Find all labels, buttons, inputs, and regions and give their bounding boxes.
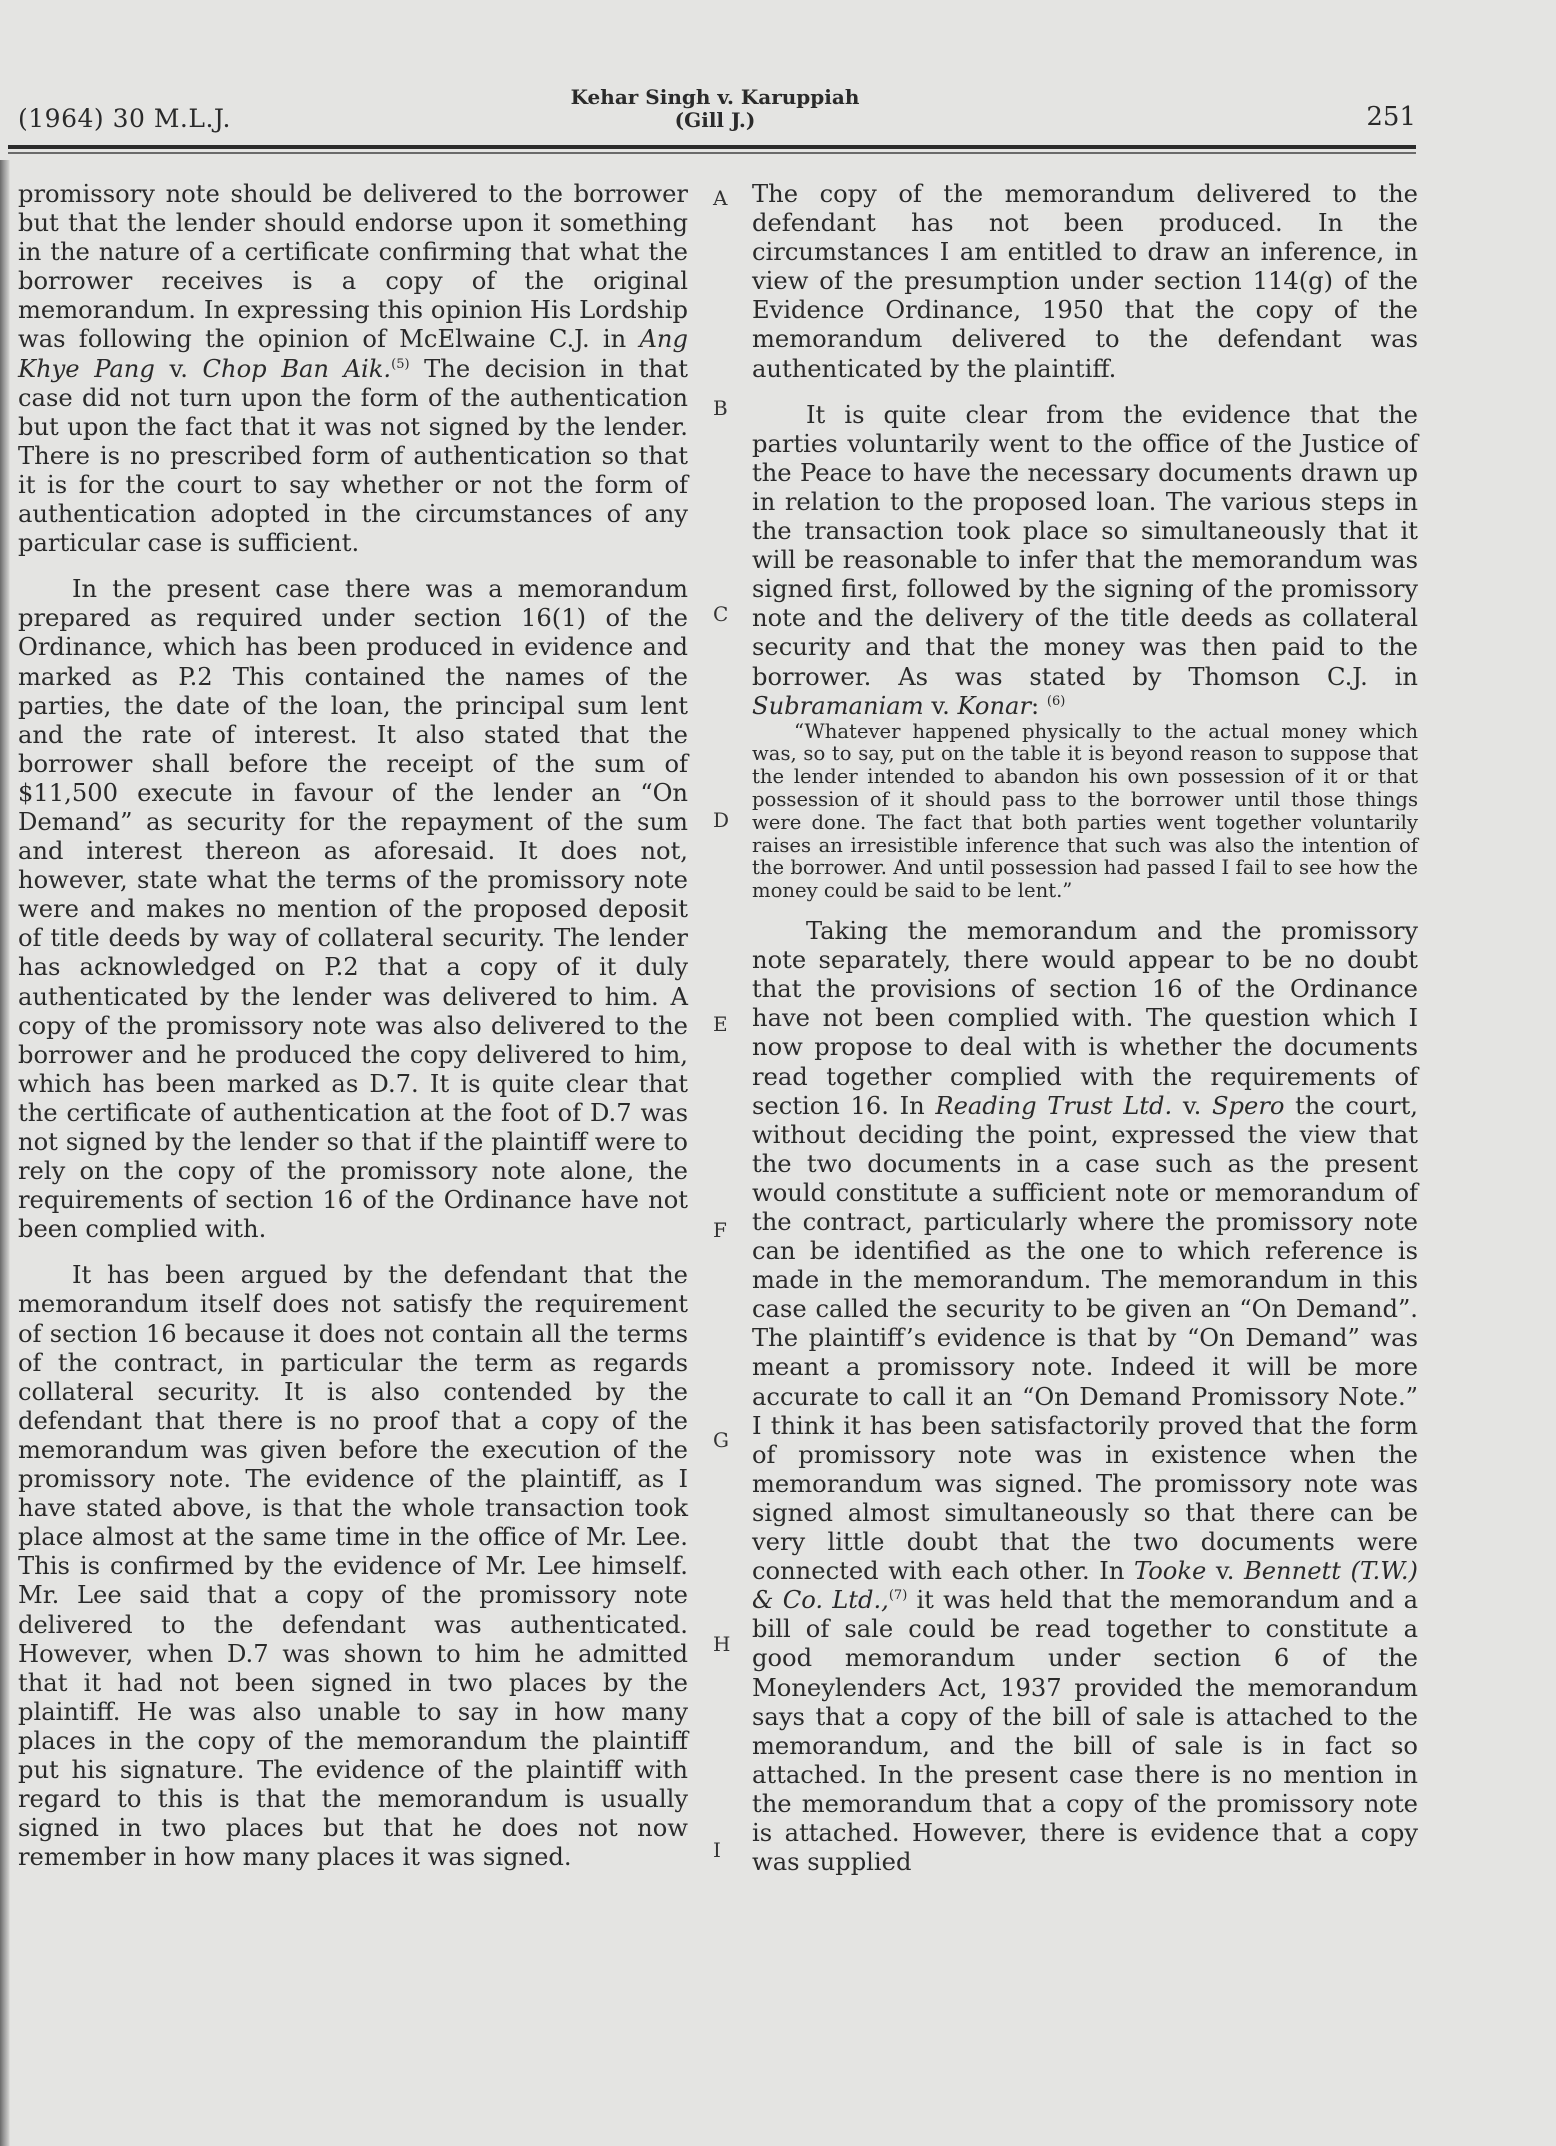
- header-rule-thin: [8, 152, 1416, 154]
- paragraph: The copy of the memorandum delivered to …: [752, 180, 1418, 384]
- case-name: Reading Trust Ltd.: [935, 1092, 1172, 1120]
- case-name: Chop Ban Aik.: [203, 355, 392, 383]
- paragraph: Taking the memorandum and the promissory…: [752, 917, 1418, 1877]
- margin-letter: F: [713, 1218, 727, 1242]
- right-column: The copy of the memorandum delivered to …: [752, 180, 1418, 1877]
- page-binding-shadow: [0, 160, 10, 2146]
- judge-name: (Gill J.): [14, 109, 1416, 132]
- case-name: Tooke: [1134, 1557, 1206, 1585]
- paragraph: In the present case there was a memorand…: [18, 575, 688, 1244]
- paragraph: It is quite clear from the evidence that…: [752, 401, 1418, 721]
- footnote-ref: (5): [391, 357, 409, 372]
- header-rule-thick: [8, 145, 1416, 149]
- running-header: (1964) 30 M.L.J. Kehar Singh v. Karuppia…: [14, 80, 1416, 144]
- left-column: promissory note should be delivered to t…: [18, 180, 688, 1872]
- page-number: 251: [1366, 102, 1416, 132]
- margin-letter: B: [713, 396, 728, 420]
- margin-letter: E: [713, 1012, 728, 1036]
- case-title-block: Kehar Singh v. Karuppiah (Gill J.): [14, 86, 1416, 132]
- paragraph: promissory note should be delivered to t…: [18, 180, 688, 558]
- margin-letter: A: [713, 186, 727, 210]
- paragraph: It has been argued by the defendant that…: [18, 1261, 688, 1872]
- margin-letter: C: [713, 602, 728, 626]
- case-name: Konar: [958, 692, 1032, 720]
- margin-letter: H: [713, 1632, 730, 1656]
- footnote-ref: (7): [889, 1588, 907, 1603]
- footnote-ref: (6): [1047, 694, 1065, 709]
- margin-letter: D: [713, 808, 729, 832]
- block-quote: “Whatever happened physically to the act…: [752, 721, 1418, 903]
- case-title: Kehar Singh v. Karuppiah: [14, 86, 1416, 109]
- margin-letter: I: [713, 1838, 721, 1862]
- margin-letter: G: [713, 1428, 729, 1452]
- case-name: Spero: [1212, 1092, 1285, 1120]
- case-name: Subramaniam: [752, 692, 924, 720]
